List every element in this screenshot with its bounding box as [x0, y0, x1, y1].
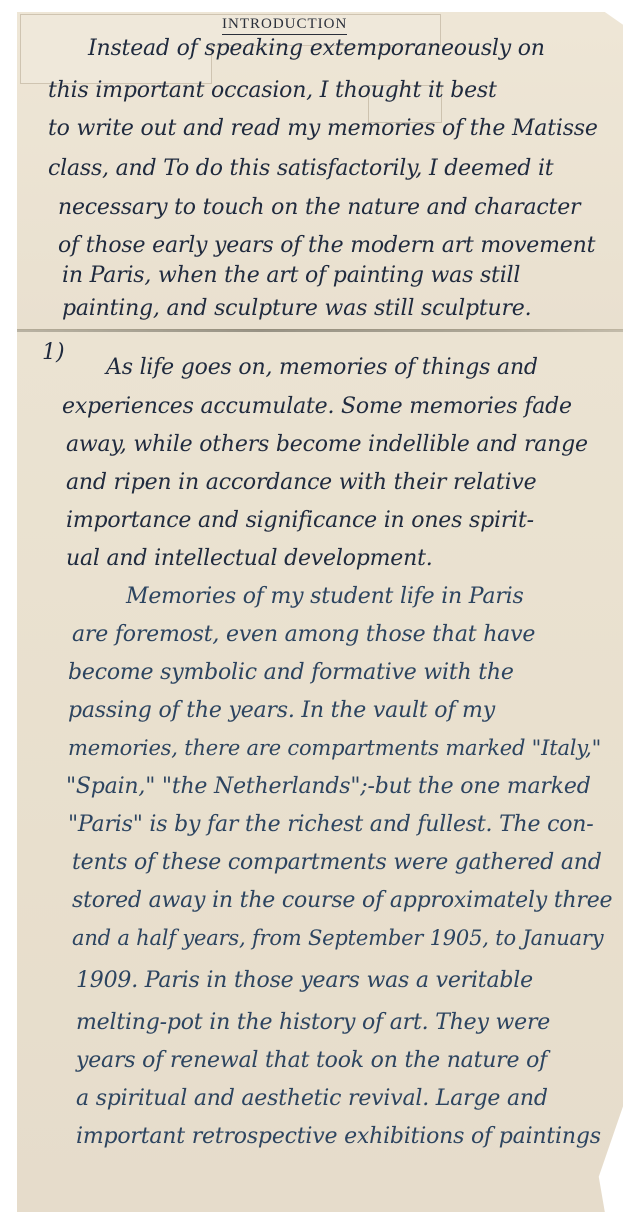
text-line: years of renewal that took on the nature…	[76, 1048, 547, 1073]
text-line: "Spain," "the Netherlands";-but the one …	[66, 774, 591, 799]
text-line: are foremost, even among those that have	[72, 622, 535, 647]
text-line: become symbolic and formative with the	[68, 660, 514, 685]
text-line: this important occasion, I thought it be…	[48, 78, 497, 103]
text-line: in Paris, when the art of painting was s…	[62, 263, 520, 288]
text-line: class, and To do this satisfactorily, I …	[48, 156, 553, 181]
text-line: Memories of my student life in Paris	[126, 584, 524, 609]
text-line: ual and intellectual development.	[66, 546, 433, 571]
text-line: important retrospective exhibitions of p…	[76, 1124, 601, 1149]
text-line: a spiritual and aesthetic revival. Large…	[76, 1086, 548, 1111]
manuscript-page: INTRODUCTION Instead of speaking extempo…	[0, 0, 640, 1232]
text-line: As life goes on, memories of things and	[106, 355, 538, 380]
text-line: stored away in the course of approximate…	[72, 888, 612, 913]
text-line: to write out and read my memories of the…	[48, 116, 598, 141]
text-line: memories, there are compartments marked …	[68, 736, 601, 760]
text-line: melting-pot in the history of art. They …	[76, 1010, 550, 1035]
section-marker: 1)	[42, 340, 65, 365]
text-line: tents of these compartments were gathere…	[72, 850, 602, 875]
text-line: 1909. Paris in those years was a veritab…	[76, 968, 533, 993]
text-line: experiences accumulate. Some memories fa…	[62, 394, 572, 419]
document-title: INTRODUCTION	[222, 16, 347, 35]
text-line: away, while others become indellible and…	[66, 432, 588, 457]
text-line: and a half years, from September 1905, t…	[72, 926, 603, 950]
sheet-join-line	[17, 329, 623, 332]
text-line: of those early years of the modern art m…	[58, 233, 595, 258]
text-line: painting, and sculpture was still sculpt…	[62, 296, 531, 321]
text-line: necessary to touch on the nature and cha…	[58, 195, 580, 220]
text-line: passing of the years. In the vault of my	[68, 698, 495, 723]
text-line: Instead of speaking extemporaneously on	[88, 36, 545, 61]
paper-sheet-bottom	[17, 332, 623, 1212]
text-line: and ripen in accordance with their relat…	[66, 470, 536, 495]
text-line: importance and significance in ones spir…	[66, 508, 534, 533]
text-line: "Paris" is by far the richest and fulles…	[68, 812, 594, 837]
